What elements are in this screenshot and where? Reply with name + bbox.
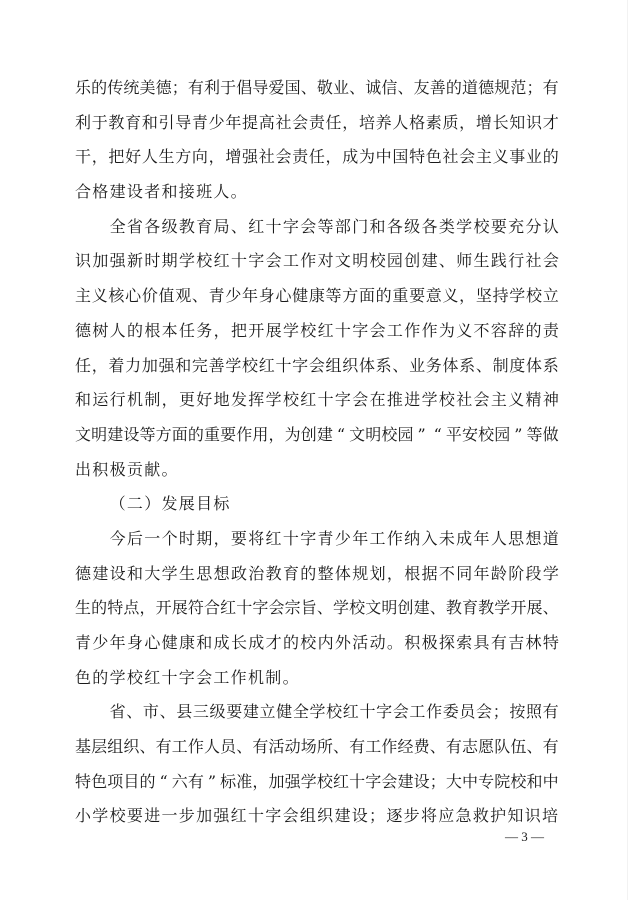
glyph: 、 [236, 730, 252, 765]
glyph: 织 [342, 349, 358, 384]
glyph: 的 [92, 661, 108, 696]
glyph: 明 [352, 244, 368, 279]
glyph: 具 [474, 626, 490, 661]
glyph: 红 [300, 383, 316, 418]
glyph: 高 [259, 106, 275, 141]
glyph: 生 [159, 140, 175, 175]
glyph: 应 [438, 799, 454, 834]
glyph: ” [414, 418, 430, 453]
glyph: 、 [439, 244, 455, 279]
glyph: 主 [491, 383, 507, 418]
glyph: 年 [242, 279, 258, 314]
glyph: 体 [359, 349, 375, 384]
glyph: 行 [110, 383, 126, 418]
glyph: 字 [252, 591, 268, 626]
glyph: 德 [478, 71, 494, 106]
glyph: 校 [349, 591, 365, 626]
glyph: 地 [214, 383, 230, 418]
text-line: 主义核心价值观、青少年身心健康等方面的重要意义，坚持学校立 [75, 279, 559, 314]
glyph: 教 [266, 557, 282, 592]
text-line: 青少年身心健康和成长成才的校内外活动。积极探索具有吉林特 [75, 626, 559, 661]
glyph: 导 [175, 106, 191, 141]
glyph: 为 [439, 314, 455, 349]
glyph: 强 [285, 765, 301, 800]
glyph: 不 [439, 557, 455, 592]
glyph: 入 [422, 522, 438, 557]
glyph: 身 [259, 279, 275, 314]
glyph: 持 [493, 279, 509, 314]
glyph: 业 [333, 71, 349, 106]
glyph: 成 [342, 140, 358, 175]
glyph: 十 [318, 383, 334, 418]
glyph: 符 [188, 591, 204, 626]
glyph: 培 [359, 106, 375, 141]
glyph: 设 [110, 557, 126, 592]
glyph: “ [333, 418, 349, 453]
glyph: 校 [526, 279, 542, 314]
glyph: 少 [92, 626, 108, 661]
glyph: 社 [442, 140, 458, 175]
glyph: 工 [172, 730, 188, 765]
glyph: 外 [335, 626, 351, 661]
glyph: 康 [309, 279, 325, 314]
glyph: 干 [75, 140, 91, 175]
glyph: 运 [92, 383, 108, 418]
glyph: 康 [179, 626, 195, 661]
glyph: 任 [326, 106, 342, 141]
glyph: 作 [231, 661, 247, 696]
paragraph: 乐的传统美德；有利于倡导爱国、敬业、诚信、友善的道德规范；有利于教育和引导青少年… [75, 71, 559, 210]
glyph: 学 [301, 765, 317, 800]
glyph: 索 [456, 626, 472, 661]
glyph: 为 [285, 418, 301, 453]
glyph: ” [204, 765, 220, 800]
glyph: 和 [527, 765, 543, 800]
paragraph: 今后一个时期，要将红十字青少年工作纳入未成年人思想道德建设和大学生思想政治教育的… [75, 522, 559, 695]
text-line: 小学校要进一步加强红十字会组织建设；逐步将应急救护知识培 [75, 799, 559, 834]
glyph: 织 [317, 799, 333, 834]
glyph: 德 [75, 314, 91, 349]
glyph: 把 [108, 140, 124, 175]
glyph: 类 [439, 210, 455, 245]
glyph: 红 [248, 210, 264, 245]
glyph: 机 [127, 383, 143, 418]
glyph: 体 [335, 557, 351, 592]
glyph: 的 [446, 71, 462, 106]
glyph: 一 [144, 522, 160, 557]
glyph: 务 [426, 349, 442, 384]
glyph: 未 [439, 522, 455, 557]
glyph: 设 [414, 765, 430, 800]
glyph: 根 [144, 314, 160, 349]
glyph: ， [387, 557, 403, 592]
glyph: 建 [107, 418, 123, 453]
glyph: 向 [192, 140, 208, 175]
glyph: 展 [266, 314, 282, 349]
glyph: 规 [494, 71, 510, 106]
text-line: 识加强新时期学校红十字会工作对文明校园创建、师生践行社会 [75, 244, 559, 279]
glyph: 的 [376, 279, 392, 314]
glyph: 坚 [476, 279, 492, 314]
glyph: 生 [474, 244, 490, 279]
glyph: 发 [231, 383, 247, 418]
glyph: 引 [159, 106, 175, 141]
glyph: 系 [543, 349, 559, 384]
glyph: 和 [161, 175, 177, 210]
glyph: 年 [352, 522, 368, 557]
glyph: 要 [127, 799, 143, 834]
glyph: 目 [123, 765, 139, 800]
glyph: 义 [493, 140, 509, 175]
glyph: 青 [192, 106, 208, 141]
glyph: 学 [456, 210, 472, 245]
glyph: 素 [426, 106, 442, 141]
glyph: 、 [476, 349, 492, 384]
glyph: 义 [508, 383, 524, 418]
glyph: 护 [490, 799, 506, 834]
glyph: 重 [204, 418, 220, 453]
glyph: 字 [376, 695, 392, 730]
glyph: 育 [462, 591, 478, 626]
glyph: 敬 [317, 71, 333, 106]
glyph: “ [430, 418, 446, 453]
glyph: 值 [159, 279, 175, 314]
glyph: 诚 [365, 71, 381, 106]
section-heading: （二）发展目标 [75, 487, 559, 522]
glyph: 容 [491, 314, 507, 349]
glyph: 、 [301, 71, 317, 106]
glyph: 的 [91, 71, 107, 106]
glyph: 质 [442, 106, 458, 141]
text-line: 基层组织、有工作人员、有活动场所、有工作经费、有志愿队伍、有 [75, 730, 559, 765]
glyph: 充 [508, 210, 524, 245]
glyph: 德 [156, 71, 172, 106]
glyph: 极 [110, 453, 126, 488]
glyph: 贡 [127, 453, 143, 488]
glyph: 有 [252, 730, 268, 765]
glyph: 、 [349, 71, 365, 106]
glyph: 会 [309, 349, 325, 384]
glyph: 青 [75, 626, 91, 661]
glyph: 好 [196, 383, 212, 418]
glyph: 生 [179, 557, 195, 592]
glyph: ； [493, 695, 509, 730]
glyph: 十 [248, 799, 264, 834]
glyph: 义 [92, 279, 108, 314]
glyph: 、 [527, 730, 543, 765]
glyph: ， [269, 418, 285, 453]
glyph: 级 [404, 210, 420, 245]
glyph: 增 [476, 106, 492, 141]
glyph: ， [326, 140, 342, 175]
glyph: 员 [459, 695, 475, 730]
glyph: 主 [476, 140, 492, 175]
glyph: 对 [318, 244, 334, 279]
glyph: 和 [75, 383, 91, 418]
glyph: 字 [248, 244, 264, 279]
glyph: ， [342, 106, 358, 141]
glyph: 少 [225, 279, 241, 314]
glyph: 积 [404, 626, 420, 661]
glyph: 大 [144, 557, 160, 592]
glyph: 育 [196, 210, 212, 245]
glyph: 期 [196, 522, 212, 557]
glyph: 年 [225, 106, 241, 141]
text-line: 德建设和大学生思想政治教育的整体规划，根据不同年龄阶段学 [75, 557, 559, 592]
glyph: 建 [92, 557, 108, 592]
glyph: 文 [365, 591, 381, 626]
text-line: 任，着力加强和完善学校红十字会组织体系、业务体系、制度体系 [75, 349, 559, 384]
glyph: 度 [509, 349, 525, 384]
glyph: 着 [108, 349, 124, 384]
glyph: 治 [248, 557, 264, 592]
glyph: 制 [265, 661, 281, 696]
glyph: 学 [494, 591, 510, 626]
glyph: 作 [422, 314, 438, 349]
glyph: 红 [318, 314, 334, 349]
glyph: 十 [349, 765, 365, 800]
glyph: 校 [473, 210, 489, 245]
glyph: 的 [300, 557, 316, 592]
glyph: 社 [456, 383, 472, 418]
glyph: 吉 [508, 626, 524, 661]
glyph: 利 [204, 71, 220, 106]
glyph: 后 [127, 522, 143, 557]
glyph: 红 [231, 799, 247, 834]
glyph: 和 [175, 349, 191, 384]
glyph: 、 [140, 730, 156, 765]
glyph: ， [92, 349, 108, 384]
glyph: ， [140, 591, 156, 626]
glyph: 设 [127, 175, 143, 210]
glyph: 国 [392, 140, 408, 175]
glyph: 不 [474, 314, 490, 349]
text-line: 文明建设等方面的重要作用，为创建“文明校园”“平安校园”等做 [75, 418, 559, 453]
glyph: 层 [91, 730, 107, 765]
glyph: 场 [301, 730, 317, 765]
glyph: 强 [159, 349, 175, 384]
glyph: 面 [172, 418, 188, 453]
glyph: 组 [326, 349, 342, 384]
glyph: 践 [491, 244, 507, 279]
glyph: 林 [526, 626, 542, 661]
glyph: 德 [75, 557, 91, 592]
glyph: 道 [462, 71, 478, 106]
glyph: 会 [352, 383, 368, 418]
glyph: 校 [300, 626, 316, 661]
glyph: 期 [162, 244, 178, 279]
glyph: 传 [107, 71, 123, 106]
glyph: 要 [409, 279, 425, 314]
glyph: 时 [179, 522, 195, 557]
glyph: 文 [75, 418, 91, 453]
glyph: ， [214, 522, 230, 557]
glyph: 健 [162, 626, 178, 661]
glyph: 作 [381, 730, 397, 765]
glyph: 在 [370, 383, 386, 418]
glyph: 要 [220, 418, 236, 453]
glyph: 方 [156, 418, 172, 453]
glyph: 学 [162, 557, 178, 592]
glyph: 识 [526, 106, 542, 141]
glyph: 志 [462, 730, 478, 765]
glyph: 级 [210, 695, 226, 730]
glyph: 的 [283, 626, 299, 661]
glyph: 特 [107, 591, 123, 626]
glyph: 青 [209, 279, 225, 314]
glyph: 方 [342, 279, 358, 314]
glyph: 学 [283, 314, 299, 349]
glyph: 红 [343, 695, 359, 730]
glyph: 市 [143, 695, 159, 730]
glyph: 校 [127, 661, 143, 696]
glyph: 有 [188, 71, 204, 106]
glyph: 、 [392, 349, 408, 384]
glyph: 更 [179, 383, 195, 418]
glyph: 设 [123, 418, 139, 453]
glyph: 心 [275, 279, 291, 314]
glyph: 色 [75, 661, 91, 696]
glyph: 建 [414, 591, 430, 626]
glyph: 三 [193, 695, 209, 730]
glyph: 等 [527, 418, 543, 453]
glyph: 作 [426, 695, 442, 730]
glyph: 会 [266, 244, 282, 279]
page-edge [627, 0, 628, 900]
glyph: 校 [510, 765, 526, 800]
glyph: 年 [110, 626, 126, 661]
glyph: 人 [491, 522, 507, 557]
glyph: 于 [220, 71, 236, 106]
text-line: 利于教育和引导青少年提高社会责任，培养人格素质，增长知识才 [75, 106, 559, 141]
glyph: ； [172, 71, 188, 106]
glyph: 会 [370, 314, 386, 349]
glyph: 省 [127, 210, 143, 245]
glyph: 动 [285, 730, 301, 765]
glyph: 成 [214, 626, 230, 661]
glyph: 规 [352, 557, 368, 592]
glyph: 和 [142, 106, 158, 141]
glyph: 育 [283, 557, 299, 592]
glyph: 人 [110, 314, 126, 349]
glyph: 学 [266, 383, 282, 418]
glyph: 的 [543, 140, 559, 175]
glyph: 设 [352, 799, 368, 834]
glyph: ； [430, 765, 446, 800]
glyph: 才 [266, 626, 282, 661]
glyph: 学 [179, 244, 195, 279]
text-line: 全省各级教育局、红十字会等部门和各级各类学校要充分认 [75, 210, 559, 245]
text-line: 出积极贡献。 [75, 453, 559, 488]
glyph: 步 [404, 799, 420, 834]
glyph: 校 [196, 244, 212, 279]
glyph: 人 [213, 175, 229, 210]
glyph: 机 [248, 661, 264, 696]
glyph: 观 [175, 279, 191, 314]
glyph: 工 [365, 730, 381, 765]
glyph: 有 [543, 730, 559, 765]
glyph: 健 [292, 279, 308, 314]
glyph: 要 [226, 695, 242, 730]
glyph: 有 [349, 730, 365, 765]
glyph: 知 [509, 106, 525, 141]
glyph: 想 [525, 522, 541, 557]
glyph: ； [527, 71, 543, 106]
glyph: 步 [179, 799, 195, 834]
glyph: 作 [387, 522, 403, 557]
glyph: 责 [543, 314, 559, 349]
glyph: 作 [188, 730, 204, 765]
glyph: 校 [478, 418, 494, 453]
glyph: 立 [543, 279, 559, 314]
glyph: 于 [92, 106, 108, 141]
glyph: 生 [75, 591, 91, 626]
glyph: 学 [110, 661, 126, 696]
glyph: 人 [142, 140, 158, 175]
glyph: 学 [422, 383, 438, 418]
glyph: 全 [110, 210, 126, 245]
glyph: 少 [209, 106, 225, 141]
text-line: 生的特点，开展符合红十字会宗旨、学校文明创建、教育教学开展、 [75, 591, 559, 626]
text-line: 合格建设者和接班人。 [75, 175, 559, 210]
glyph: 班 [196, 175, 212, 210]
glyph: 级 [162, 210, 178, 245]
glyph: 重 [392, 279, 408, 314]
glyph: 创 [404, 244, 420, 279]
glyph: 要 [491, 210, 507, 245]
glyph: 面 [359, 279, 375, 314]
glyph: 省 [110, 695, 126, 730]
glyph: 专 [478, 765, 494, 800]
glyph: ； [369, 799, 385, 834]
glyph: 提 [242, 106, 258, 141]
glyph: 、 [192, 279, 208, 314]
glyph: 色 [426, 140, 442, 175]
glyph: 要 [231, 522, 247, 557]
glyph: 师 [456, 244, 472, 279]
glyph: 系 [376, 349, 392, 384]
glyph: 强 [213, 799, 229, 834]
glyph: 有 [446, 730, 462, 765]
glyph: 会 [300, 210, 316, 245]
glyph: 义 [456, 314, 472, 349]
glyph: ” [510, 418, 526, 453]
glyph: 平 [446, 418, 462, 453]
glyph: 文 [349, 418, 365, 453]
glyph: 中 [462, 765, 478, 800]
glyph: 任 [75, 349, 91, 384]
glyph: 宗 [285, 591, 301, 626]
glyph: 美 [140, 71, 156, 106]
text-line: 德树人的根本任务，把开展学校红十字会工作作为义不容辞的责 [75, 314, 559, 349]
glyph: 十 [236, 591, 252, 626]
glyph: 善 [430, 71, 446, 106]
glyph: 红 [220, 591, 236, 626]
glyph: 将 [248, 522, 264, 557]
glyph: 思 [196, 557, 212, 592]
glyph: 。 [161, 453, 177, 488]
glyph: 年 [473, 522, 489, 557]
text-line: （二）发展目标 [75, 487, 559, 522]
glyph: 旨 [301, 591, 317, 626]
glyph: 教 [108, 106, 124, 141]
text-line: 今后一个时期，要将红十字青少年工作纳入未成年人思想道 [75, 522, 559, 557]
glyph: 建 [334, 799, 350, 834]
glyph: 的 [127, 314, 143, 349]
glyph: 字 [179, 661, 195, 696]
glyph: 十 [283, 522, 299, 557]
glyph: 强 [242, 140, 258, 175]
